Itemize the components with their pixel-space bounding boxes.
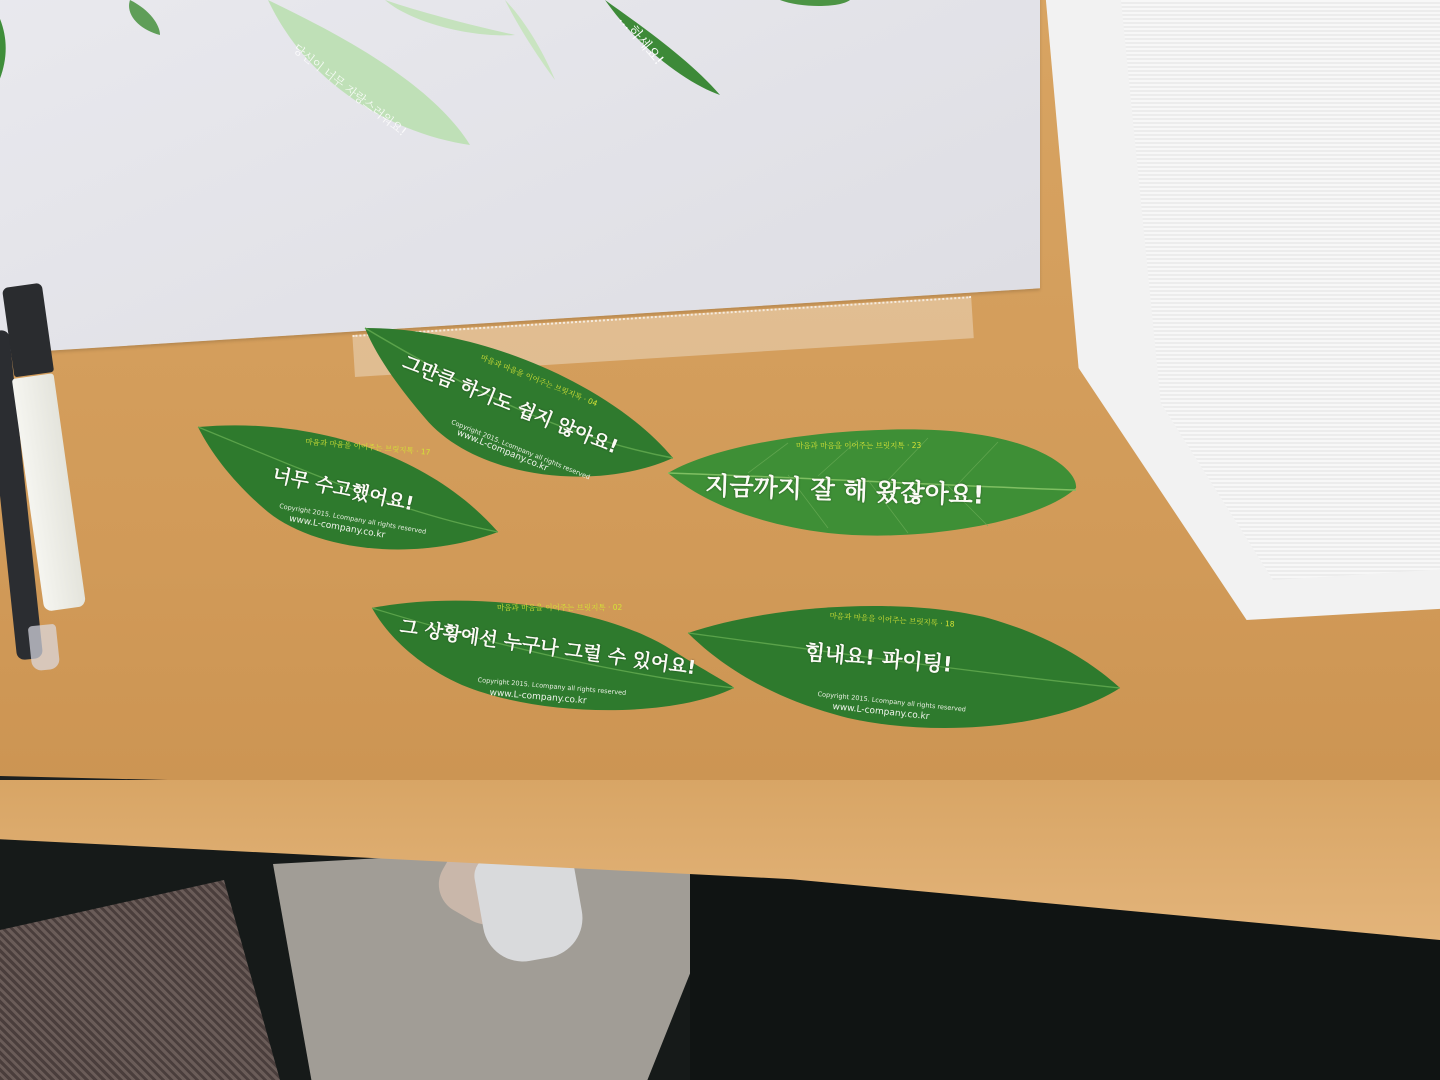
leaf-subtitle: 마음과 마음을 이어주는 브릿지톡 · 23 (796, 440, 921, 451)
poster-foil-leaves (0, 0, 870, 160)
leaf-subtitle: 마음과 마음을 이어주는 브릿지톡 · 02 (497, 602, 622, 613)
leaf-card-02: 마음과 마음을 이어주는 브릿지톡 · 02 그 상황에선 누구나 그럴 수 있… (372, 590, 737, 725)
pen-clear-tip (28, 624, 61, 672)
photo-scene: 당신이 너무 자랑스러워요! …하세요! 마음과 마음을 이어주는 브릿지톡 ·… (0, 0, 1440, 1080)
leaf-card-23: 마음과 마음을 이어주는 브릿지톡 · 23 지금까지 잘 해 왔잖아요! (668, 428, 1078, 546)
leaf-card-17: 마음과 마음을 이어주는 브릿지톡 · 17 너무 수고했어요! Copyrig… (198, 422, 500, 557)
leaf-card-18: 마음과 마음을 이어주는 브릿지톡 · 18 힘내요! 파이팅! Copyrig… (688, 598, 1123, 738)
